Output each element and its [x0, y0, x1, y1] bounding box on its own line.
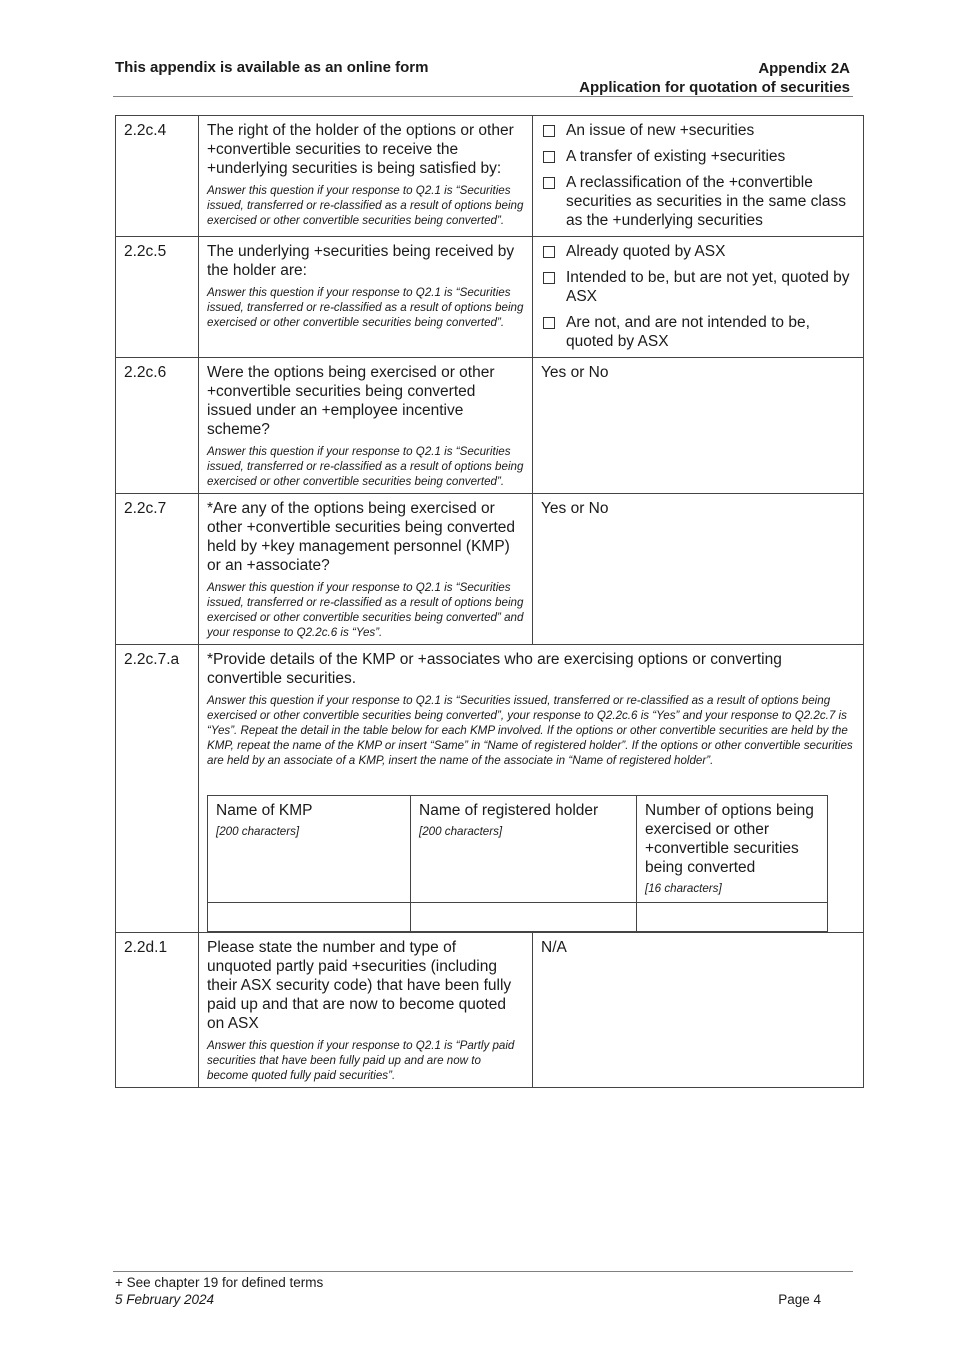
question-number: 2.2c.6: [116, 358, 199, 494]
option-label: Already quoted by ASX: [566, 242, 855, 261]
question-text: The underlying +securities being receive…: [207, 242, 524, 280]
question-number: 2.2c.4: [116, 116, 199, 237]
form-row-2-2c-7: 2.2c.7 *Are any of the options being exe…: [116, 494, 864, 645]
option-not-quoted[interactable]: Are not, and are not intended to be, quo…: [541, 313, 855, 351]
question-text: Please state the number and type of unqu…: [207, 938, 524, 1033]
question-cell: Were the options being exercised or othe…: [199, 358, 533, 494]
option-already-quoted[interactable]: Already quoted by ASX: [541, 242, 855, 261]
footer-page-number: Page 4: [778, 1292, 821, 1307]
form-row-2-2c-4: 2.2c.4 The right of the holder of the op…: [116, 116, 864, 237]
form-row-2-2c-6: 2.2c.6 Were the options being exercised …: [116, 358, 864, 494]
question-cell: *Provide details of the KMP or +associat…: [199, 645, 864, 933]
option-intended-quoted[interactable]: Intended to be, but are not yet, quoted …: [541, 268, 855, 306]
footer-date: 5 February 2024: [115, 1292, 214, 1307]
form-row-2-2c-5: 2.2c.5 The underlying +securities being …: [116, 237, 864, 358]
option-new-issue[interactable]: An issue of new +securities: [541, 121, 855, 140]
kmp-header-number-of-options: Number of options being exercised or oth…: [637, 796, 828, 903]
footer-divider: [113, 1271, 853, 1272]
checkbox-icon[interactable]: [543, 272, 555, 284]
number-of-options-input[interactable]: [637, 903, 828, 932]
answer-field[interactable]: Yes or No: [533, 494, 864, 645]
column-header: Name of KMP: [216, 801, 402, 820]
question-note: Answer this question if your response to…: [207, 285, 524, 330]
column-hint: [16 characters]: [645, 881, 819, 896]
question-cell: The right of the holder of the options o…: [199, 116, 533, 237]
header-divider: [113, 96, 853, 97]
appendix-subtitle: Application for quotation of securities: [579, 78, 850, 97]
question-number: 2.2c.7.a: [116, 645, 199, 933]
kmp-header-name: Name of KMP [200 characters]: [208, 796, 411, 903]
kmp-details-table: Name of KMP [200 characters] Name of reg…: [207, 795, 828, 932]
question-number: 2.2c.7: [116, 494, 199, 645]
kmp-table-entry-row: [208, 903, 828, 932]
option-reclassification[interactable]: A reclassification of the +convertible s…: [541, 173, 855, 230]
option-label: An issue of new +securities: [566, 121, 855, 140]
answer-cell: Already quoted by ASX Intended to be, bu…: [533, 237, 864, 358]
form-table: 2.2c.4 The right of the holder of the op…: [115, 115, 864, 1088]
appendix-number: Appendix 2A: [579, 59, 850, 78]
checkbox-icon[interactable]: [543, 125, 555, 137]
question-cell: Please state the number and type of unqu…: [199, 933, 533, 1088]
kmp-name-input[interactable]: [208, 903, 411, 932]
question-number: 2.2d.1: [116, 933, 199, 1088]
question-note: Answer this question if your response to…: [207, 1038, 524, 1083]
column-header: Name of registered holder: [419, 801, 628, 820]
registered-holder-input[interactable]: [411, 903, 637, 932]
option-label: Intended to be, but are not yet, quoted …: [566, 268, 855, 306]
footer-defined-terms: + See chapter 19 for defined terms: [115, 1275, 323, 1290]
answer-cell: An issue of new +securities A transfer o…: [533, 116, 864, 237]
question-number: 2.2c.5: [116, 237, 199, 358]
question-text: Were the options being exercised or othe…: [207, 363, 524, 439]
column-hint: [200 characters]: [419, 824, 628, 839]
option-transfer[interactable]: A transfer of existing +securities: [541, 147, 855, 166]
option-label: A reclassification of the +convertible s…: [566, 173, 855, 230]
answer-field[interactable]: Yes or No: [533, 358, 864, 494]
checkbox-icon[interactable]: [543, 177, 555, 189]
kmp-table-header-row: Name of KMP [200 characters] Name of reg…: [208, 796, 828, 903]
option-label: A transfer of existing +securities: [566, 147, 855, 166]
answer-field[interactable]: N/A: [533, 933, 864, 1088]
option-label: Are not, and are not intended to be, quo…: [566, 313, 855, 351]
question-text: *Are any of the options being exercised …: [207, 499, 524, 575]
header-appendix-title: Appendix 2A Application for quotation of…: [579, 59, 850, 97]
column-hint: [200 characters]: [216, 824, 402, 839]
checkbox-icon[interactable]: [543, 246, 555, 258]
checkbox-icon[interactable]: [543, 151, 555, 163]
question-cell: *Are any of the options being exercised …: [199, 494, 533, 645]
question-text: *Provide details of the KMP or +associat…: [207, 650, 855, 688]
column-header: Number of options being exercised or oth…: [645, 801, 819, 877]
question-note: Answer this question if your response to…: [207, 693, 855, 768]
checkbox-icon[interactable]: [543, 317, 555, 329]
question-note: Answer this question if your response to…: [207, 183, 524, 228]
form-row-2-2d-1: 2.2d.1 Please state the number and type …: [116, 933, 864, 1088]
question-text: The right of the holder of the options o…: [207, 121, 524, 178]
kmp-header-registered-holder: Name of registered holder [200 character…: [411, 796, 637, 903]
question-note: Answer this question if your response to…: [207, 580, 524, 640]
question-cell: The underlying +securities being receive…: [199, 237, 533, 358]
form-row-2-2c-7-a: 2.2c.7.a *Provide details of the KMP or …: [116, 645, 864, 933]
header-online-form-note: This appendix is available as an online …: [115, 59, 428, 76]
question-note: Answer this question if your response to…: [207, 444, 524, 489]
